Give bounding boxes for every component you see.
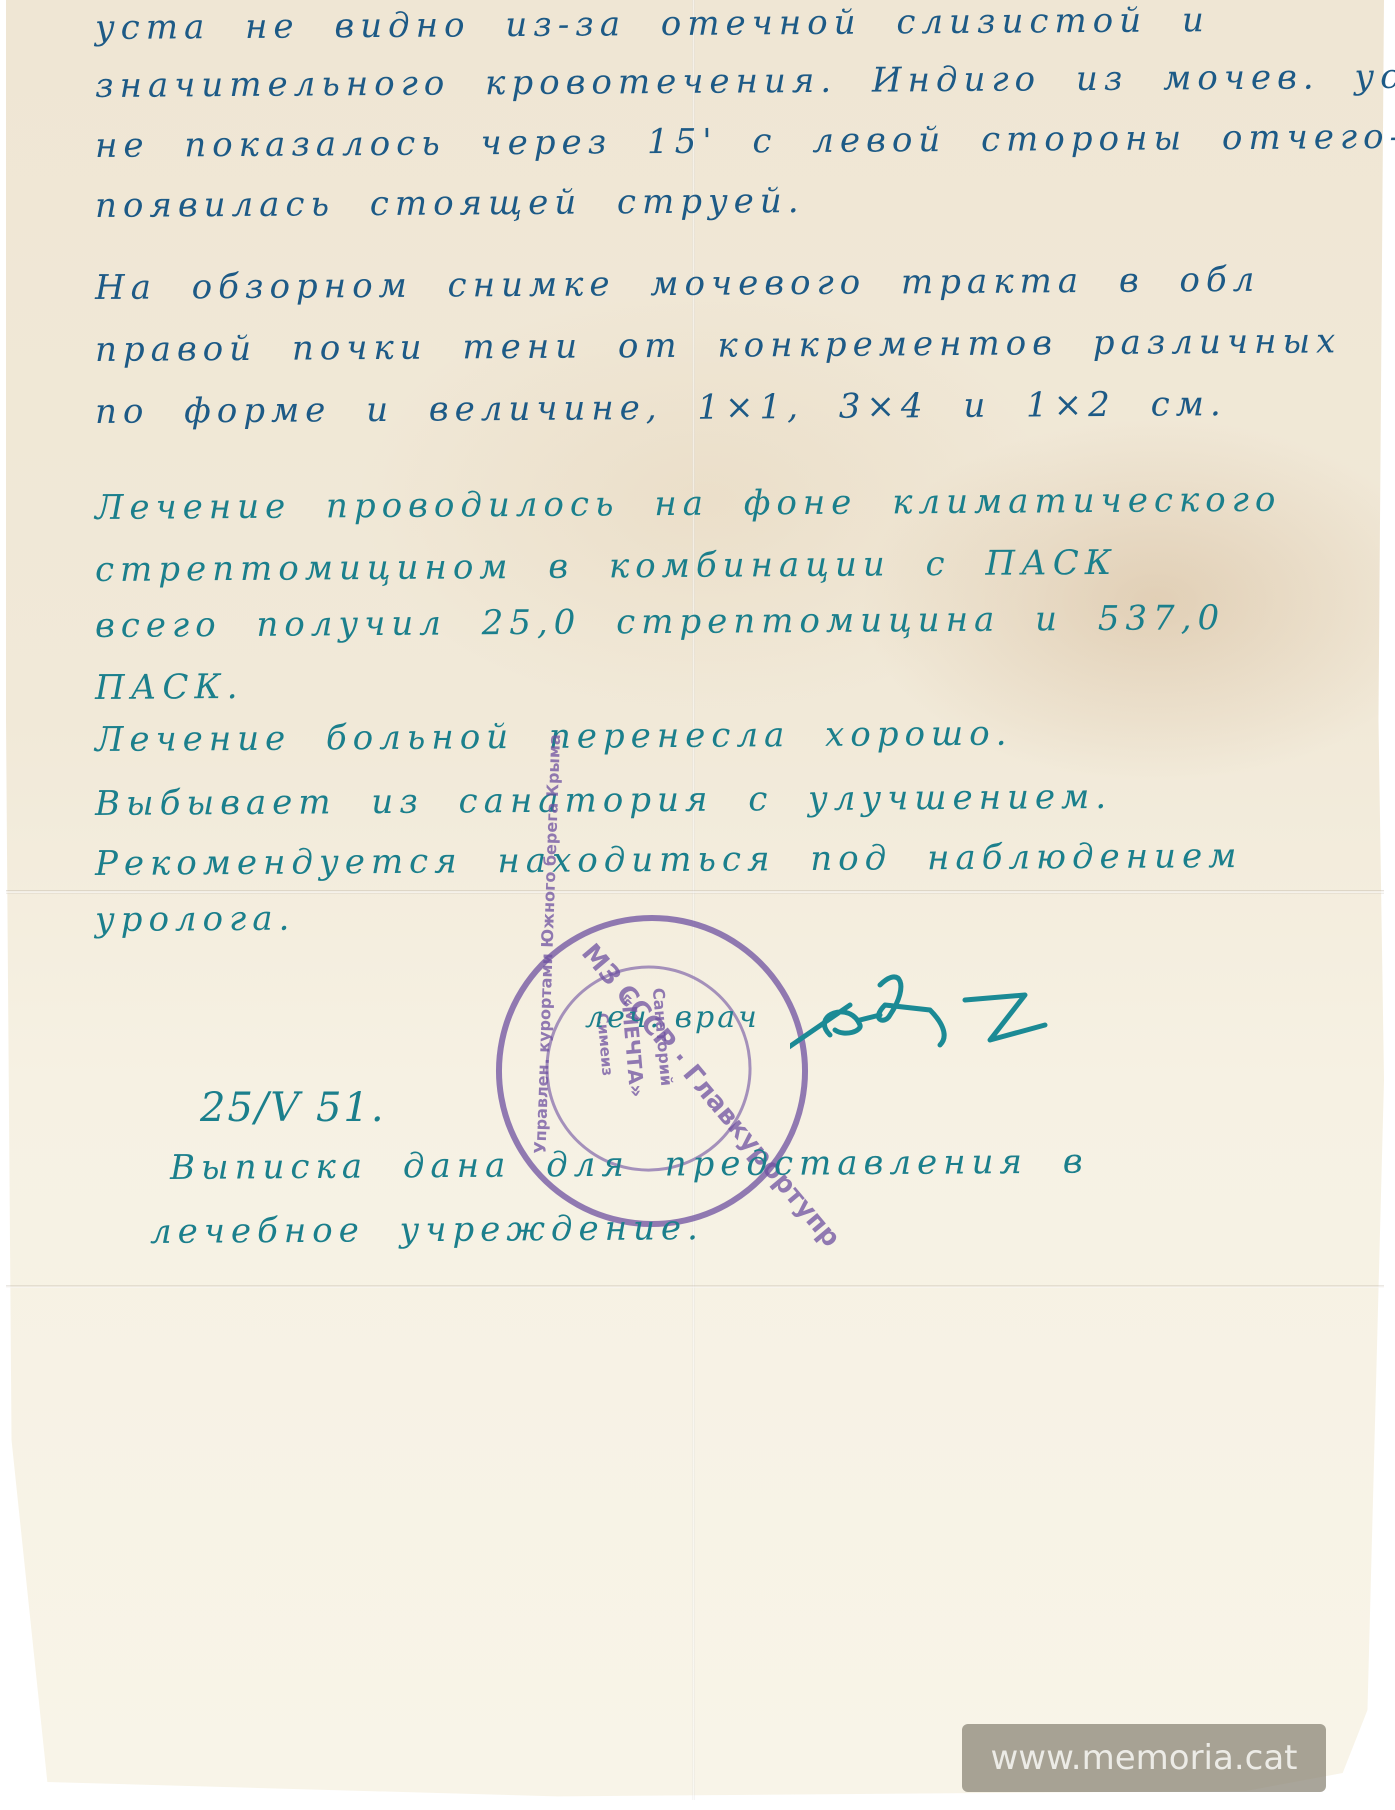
text-line: всего получил 25,0 стрептомицина и 537,0 [95,598,1225,646]
text-line: Рекомендуется находиться под наблюдением [95,836,1243,884]
text-line: появилась стоящей струей. [95,181,805,226]
text-line: На обзорном снимке мочевого тракта в обл [95,260,1261,308]
horizontal-fold [6,890,1384,894]
signature-label: леч. врач [585,1000,760,1035]
text-line: уролога. [95,899,296,940]
document-date: 25/V 51. [200,1085,386,1131]
footer-line: лечебное учреждение. [150,1208,704,1252]
text-line: ПАСК. [95,667,244,708]
watermark: www.memoria.cat [962,1724,1326,1792]
text-line: Лечение проводилось на фоне климатическо… [95,480,1282,528]
text-line: по форме и величине, 1×1, 3×4 и 1×2 см. [95,384,1227,432]
text-line: Выбывает из санатория с улучшением. [95,777,1112,824]
footer-line: Выписка дана для представления в [170,1142,1089,1188]
horizontal-fold [6,1285,1384,1288]
signature-icon [790,965,1110,1075]
text-line: уста не видно из-за отечной слизистой и [95,0,1210,48]
text-line: стрептомицином в комбинации с ПАСК [95,543,1117,590]
